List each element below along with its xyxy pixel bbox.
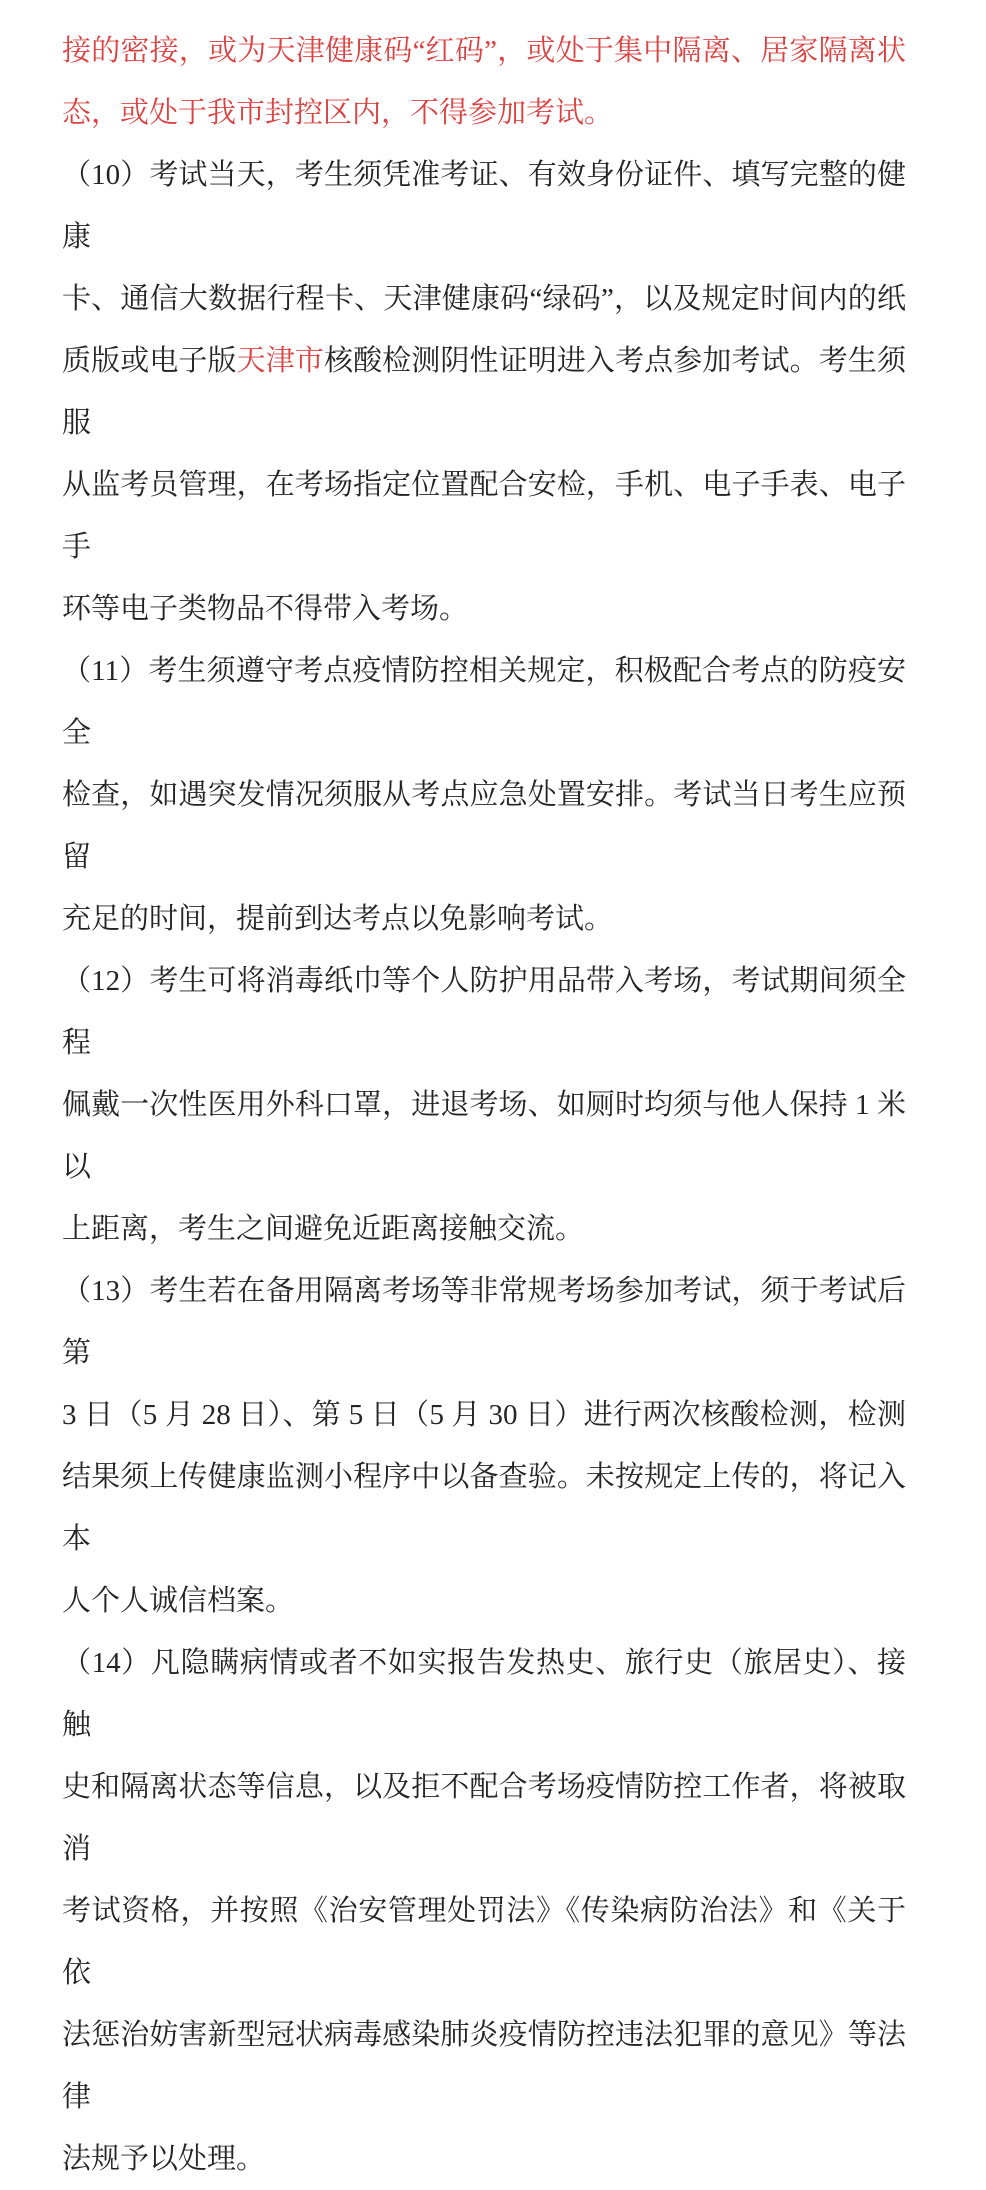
paragraph-11: （11）考生须遵守考点疫情防控相关规定，积极配合考点的防疫安全 检查，如遇突发情…: [62, 640, 906, 950]
text-line: 佩戴一次性医用外科口罩，进退考场、如厕时均须与他人保持 1 米以: [62, 1074, 906, 1198]
paragraph-13: （13）考生若在备用隔离考场等非常规考场参加考试，须于考试后第 3 日（5 月 …: [62, 1260, 906, 1414]
text-line: 3 日（5 月 28 日）、第 5 日（5 月 30 日）进行两次核酸检测，检测: [62, 1384, 906, 1414]
text-line: 检查，如遇突发情况须服从考点应急处置安排。考试当日考生应预留: [62, 764, 906, 888]
text-line: 接的密接，或为天津健康码“红码”，或处于集中隔离、居家隔离状: [62, 20, 906, 82]
text-line: 态，或处于我市封控区内，不得参加考试。: [62, 82, 906, 144]
text-line: （11）考生须遵守考点疫情防控相关规定，积极配合考点的防疫安全: [62, 640, 906, 764]
text-line: （12）考生可将消毒纸巾等个人防护用品带入考场，考试期间须全程: [62, 950, 906, 1074]
document-page: 接的密接，或为天津健康码“红码”，或处于集中隔离、居家隔离状 态，或处于我市封控…: [62, 20, 906, 1414]
text-line: 卡、通信大数据行程卡、天津健康码“绿码”，以及规定时间内的纸: [62, 268, 906, 330]
text-line: 质版或电子版天津市核酸检测阴性证明进入考点参加考试。考生须服: [62, 330, 906, 454]
text-line: 上距离，考生之间避免近距离接触交流。: [62, 1198, 906, 1260]
paragraph-red-warning: 接的密接，或为天津健康码“红码”，或处于集中隔离、居家隔离状 态，或处于我市封控…: [62, 20, 906, 144]
paragraph-10: （10）考试当天，考生须凭准考证、有效身份证件、填写完整的健康 卡、通信大数据行…: [62, 144, 906, 640]
text-line: （13）考生若在备用隔离考场等非常规考场参加考试，须于考试后第: [62, 1260, 906, 1384]
text-line: （10）考试当天，考生须凭准考证、有效身份证件、填写完整的健康: [62, 144, 906, 268]
text-line: 环等电子类物品不得带入考场。: [62, 578, 906, 640]
text-line: 从监考员管理，在考场指定位置配合安检，手机、电子手表、电子手: [62, 454, 906, 578]
text-segment: 质版或电子版: [62, 345, 237, 377]
text-line: 充足的时间，提前到达考点以免影响考试。: [62, 888, 906, 950]
paragraph-12: （12）考生可将消毒纸巾等个人防护用品带入考场，考试期间须全程 佩戴一次性医用外…: [62, 950, 906, 1260]
text-segment-red-tianjin: 天津市: [237, 345, 324, 377]
